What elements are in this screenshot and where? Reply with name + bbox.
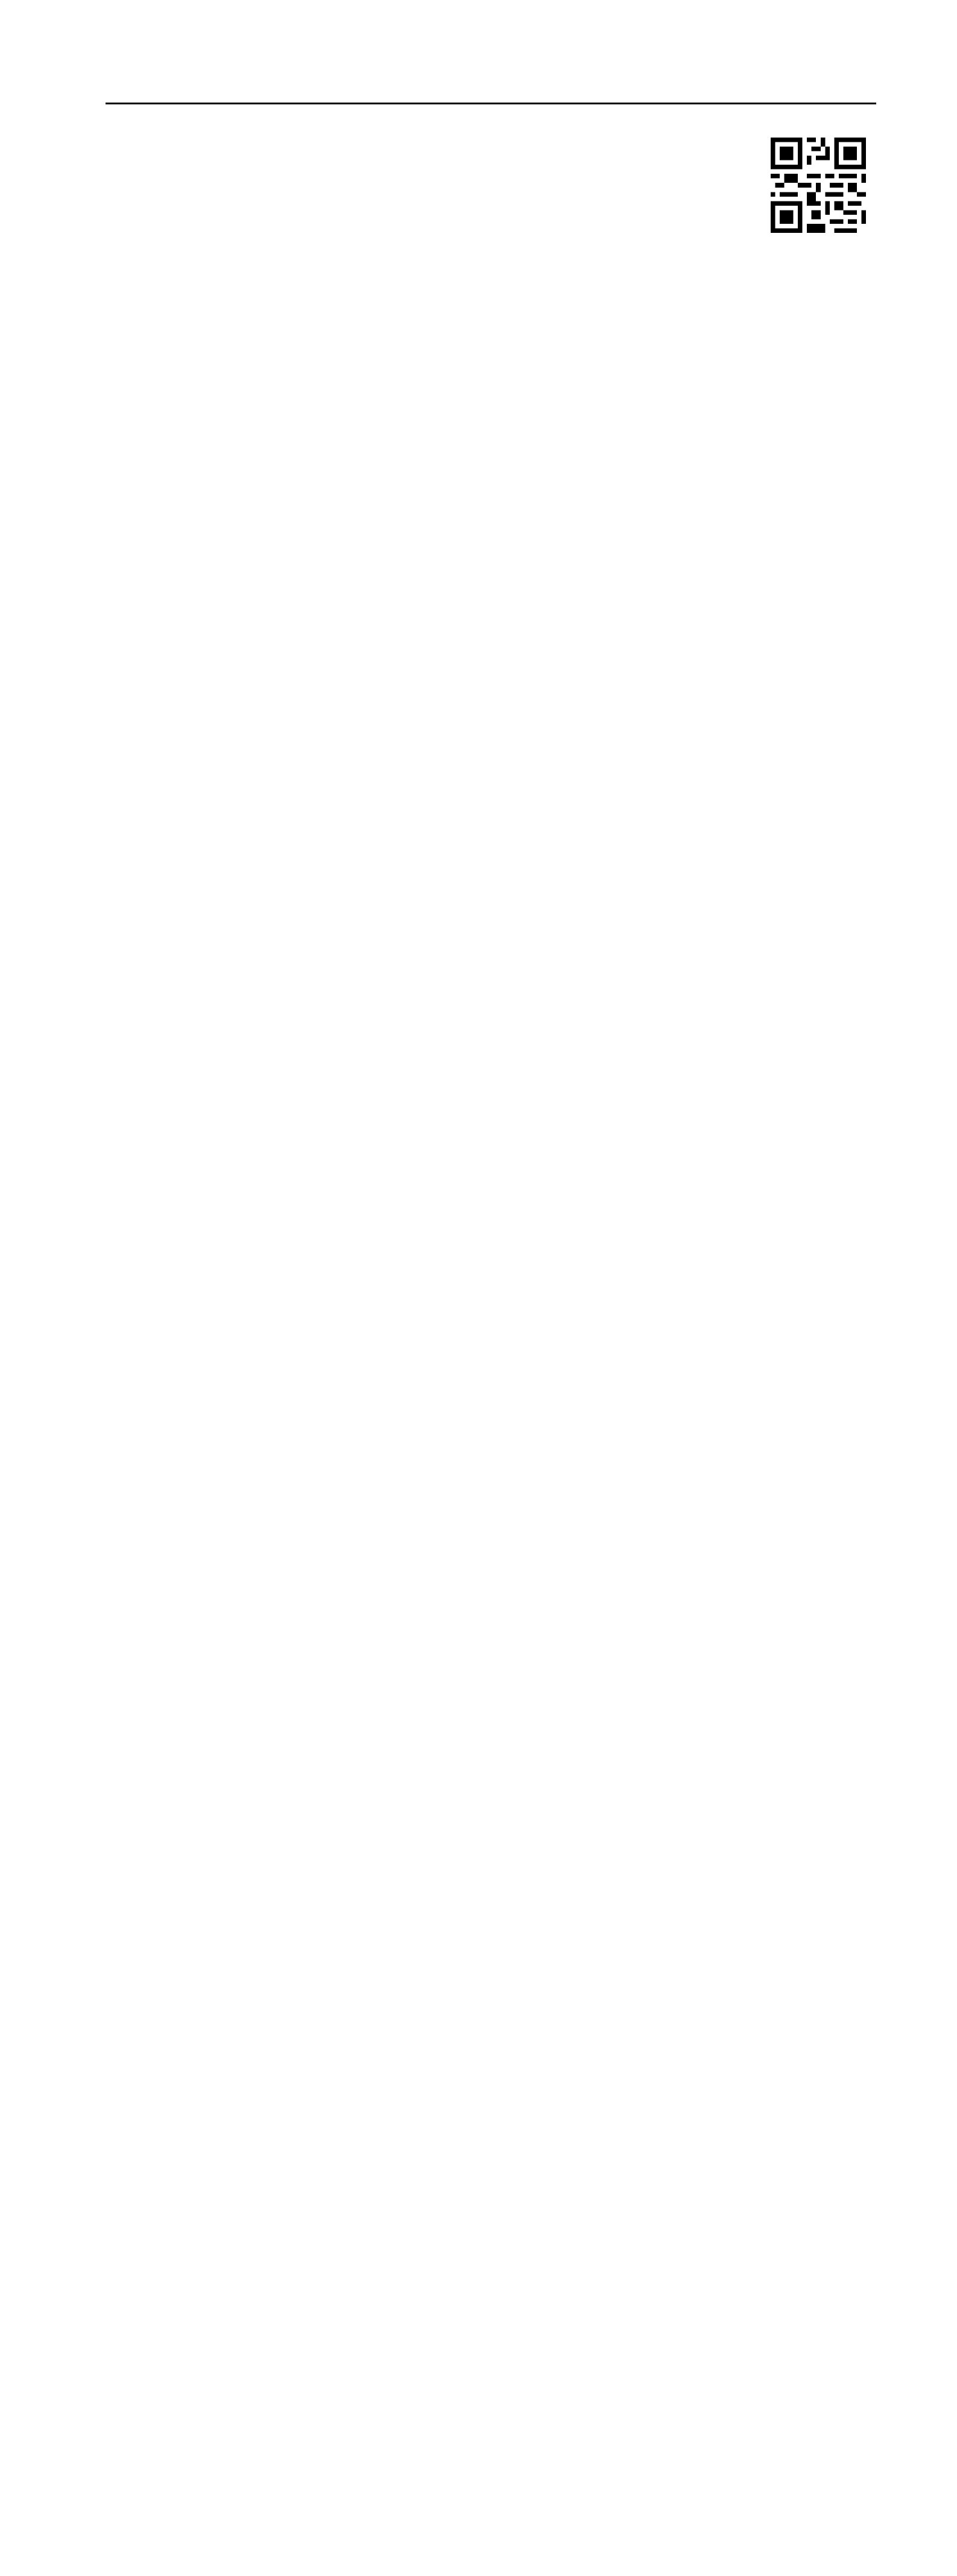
qr-code-icon[interactable] [771, 138, 866, 233]
header-rule [106, 103, 876, 104]
